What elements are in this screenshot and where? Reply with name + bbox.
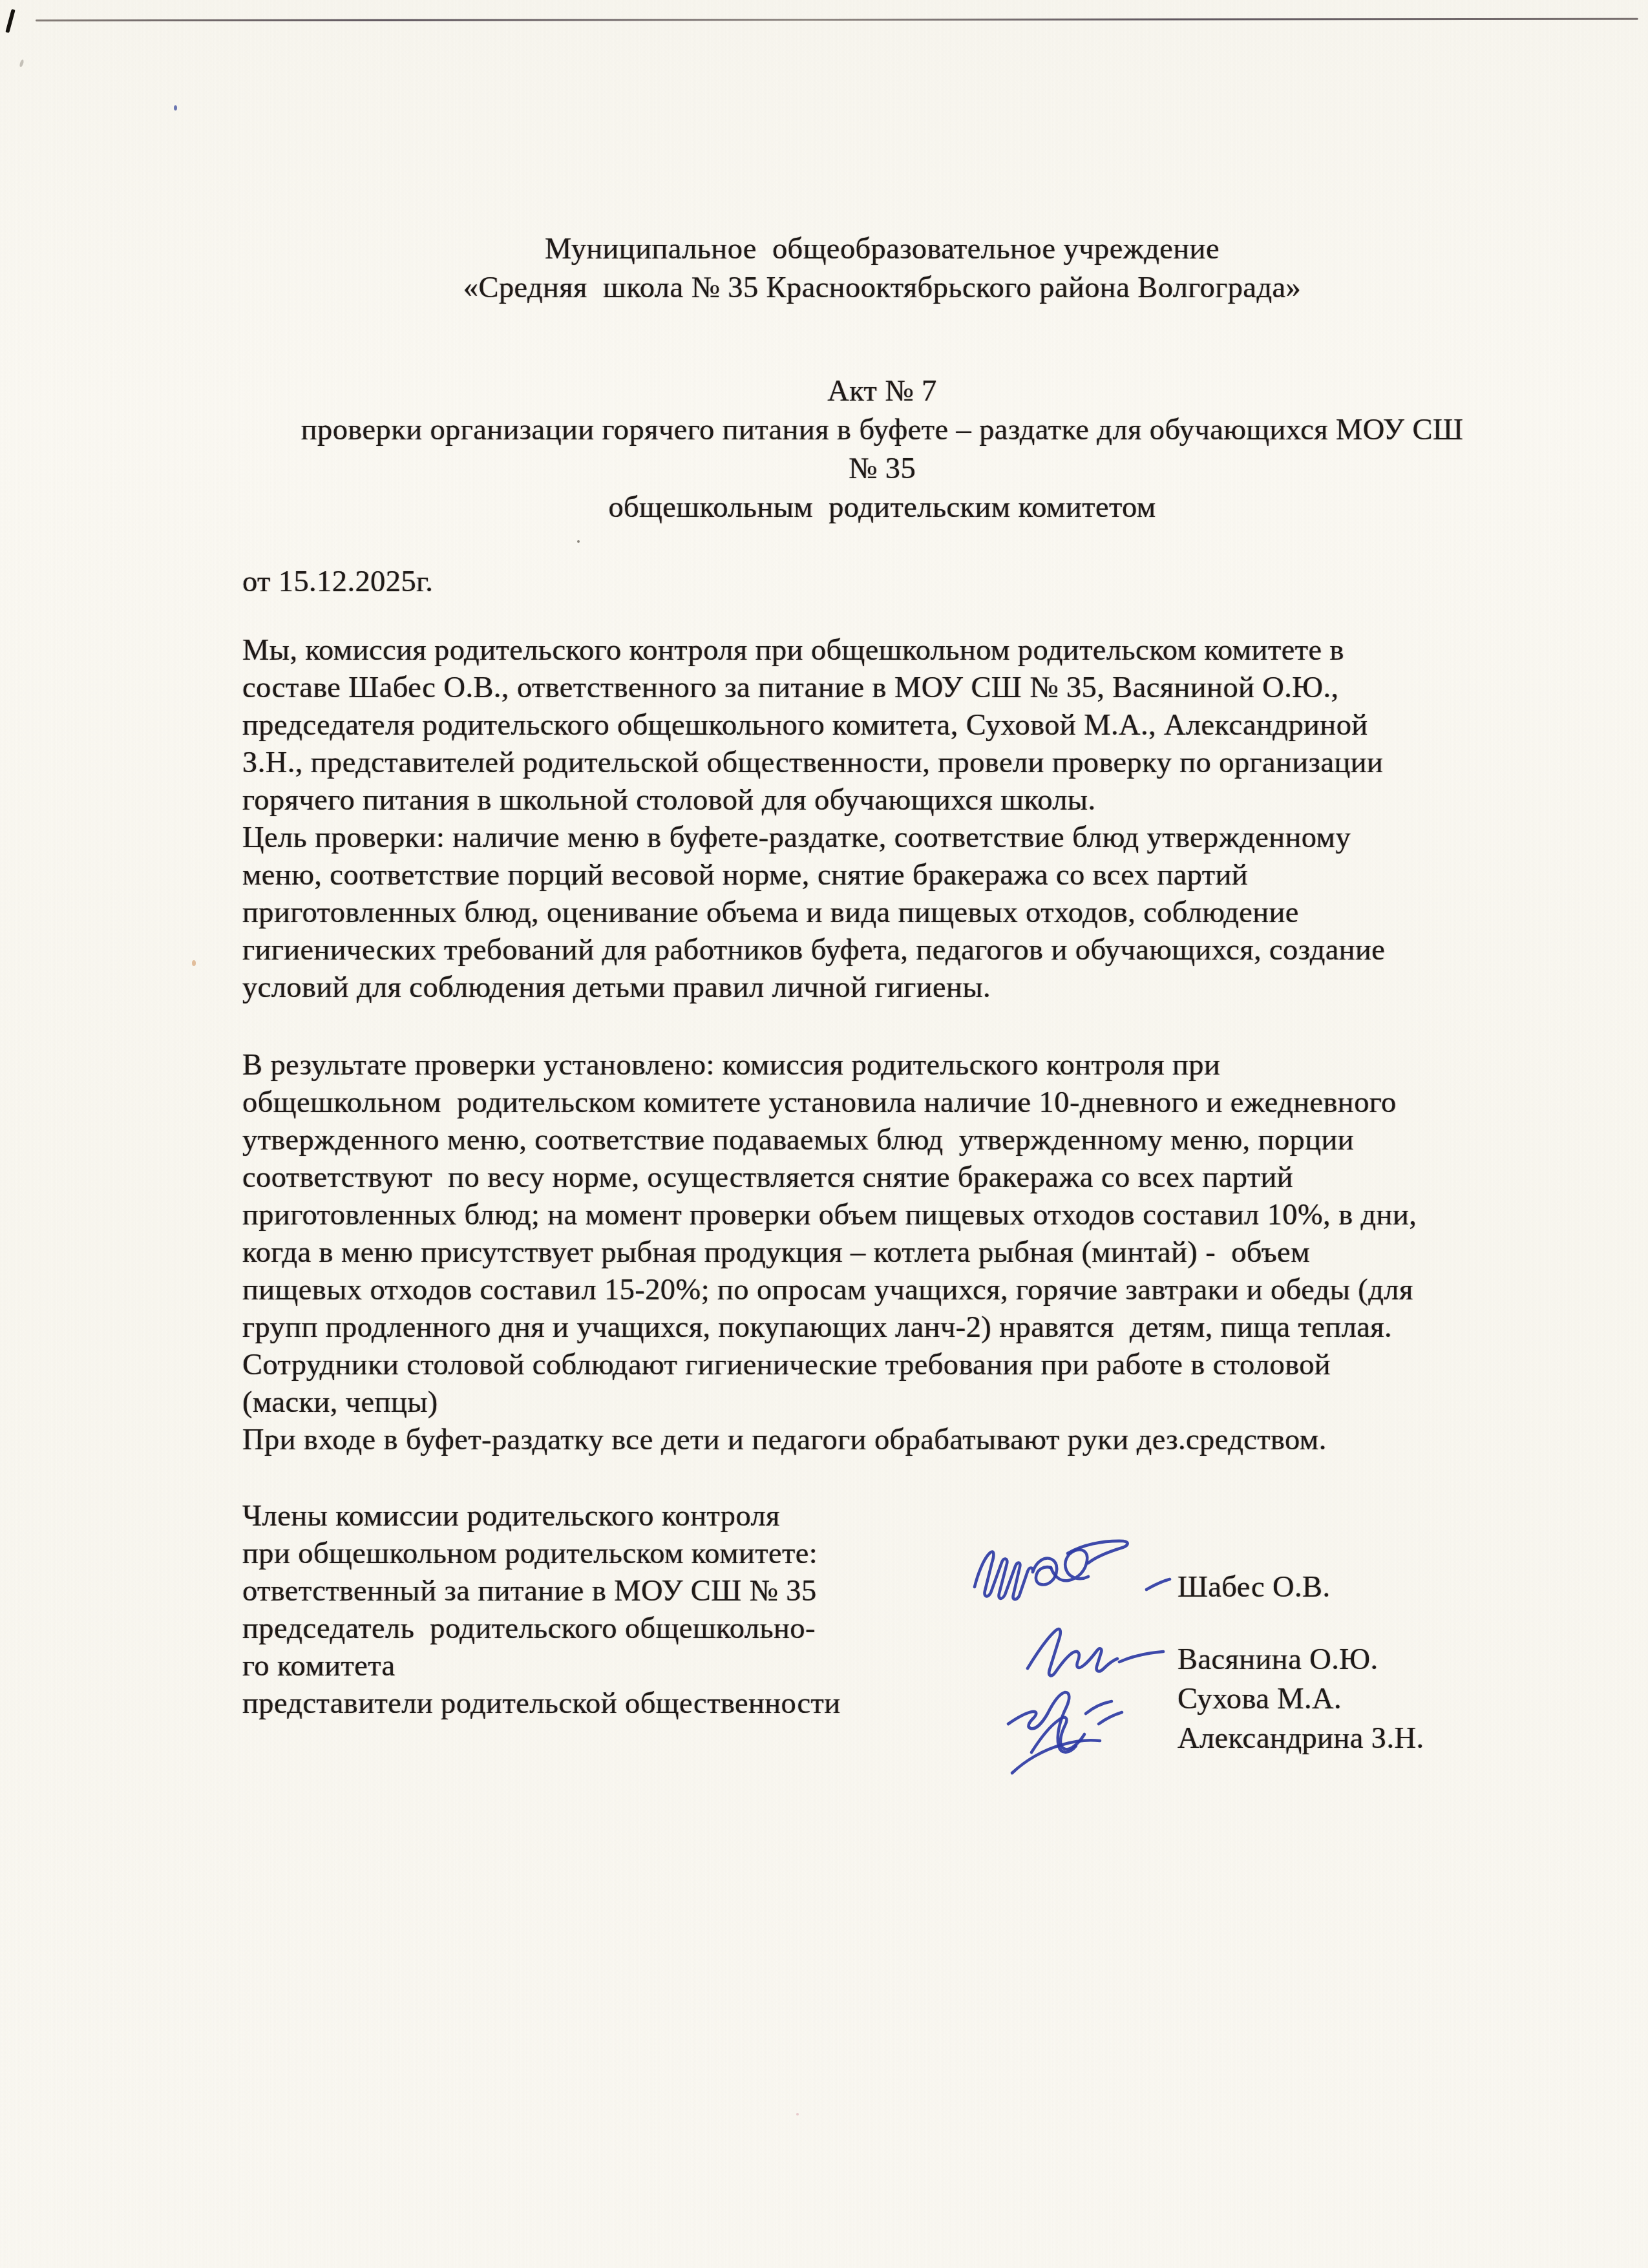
text-line: пищевых отходов составил 15-20%; по опро… [242, 1272, 1483, 1309]
signature-ink-vasyanina [1021, 1624, 1170, 1686]
text-line: общешкольном родительском комитете устан… [242, 1084, 1483, 1122]
text-line: № 35 [246, 450, 1519, 488]
signature-ink-sukhova-aleksandrina [1003, 1688, 1142, 1785]
text-line: Мы, комиссия родительского контроля при … [242, 632, 1483, 669]
scan-speck [174, 105, 177, 110]
text-line: Цель проверки: наличие меню в буфете-раз… [242, 819, 1483, 857]
signature-dash [1144, 1577, 1172, 1592]
text-line: го комитета [242, 1648, 1147, 1685]
text-line: меню, соответствие порций весовой норме,… [242, 857, 1483, 894]
scanned-document-page: Муниципальное общеобразовательное учрежд… [0, 0, 1648, 2268]
scan-speck [19, 59, 24, 68]
text-line: В результате проверки установлено: комис… [242, 1047, 1483, 1084]
text-line: Сотрудники столовой соблюдают гигиеничес… [242, 1347, 1483, 1384]
text-line: приготовленных блюд, оценивание объема и… [242, 894, 1483, 932]
text-line: Муниципальное общеобразовательное учрежд… [246, 230, 1519, 269]
scan-speck [577, 540, 580, 543]
signatory-name-shabes: Шабес О.В. [1178, 1569, 1331, 1606]
text-line: гигиенических требований для работников … [242, 932, 1483, 969]
body-paragraph-commission-and-purpose: Мы, комиссия родительского контроля при … [242, 632, 1483, 1007]
text-line: При входе в буфет-раздатку все дети и пе… [242, 1422, 1483, 1459]
signatory-name-vasyanina: Васянина О.Ю. [1178, 1641, 1378, 1679]
scan-speck [796, 2113, 799, 2116]
text-line: Члены комиссии родительского контроля [242, 1498, 1147, 1535]
text-line: условий для соблюдения детьми правил лич… [242, 969, 1483, 1007]
act-title: Акт № 7проверки организации горячего пит… [246, 372, 1519, 527]
scan-speck [192, 960, 196, 966]
text-line: составе Шабес О.В., ответственного за пи… [242, 669, 1483, 707]
text-line: утвержденного меню, соответствие подавае… [242, 1122, 1483, 1159]
scan-artifact-corner-tick [5, 9, 16, 33]
org-header: Муниципальное общеобразовательное учрежд… [246, 230, 1519, 308]
text-line: проверки организации горячего питания в … [246, 411, 1519, 450]
signatory-name-aleksandrina: Александрина З.Н. [1178, 1720, 1424, 1758]
signatory-name-sukhova: Сухова М.А. [1178, 1681, 1342, 1718]
text-line: горячего питания в школьной столовой для… [242, 782, 1483, 819]
text-line: Акт № 7 [246, 372, 1519, 411]
text-line: общешкольным родительским комитетом [246, 488, 1519, 527]
text-line: председателя родительского общешкольного… [242, 707, 1483, 744]
date-line: от 15.12.2025г. [242, 563, 433, 601]
signature-ink-shabes [969, 1539, 1144, 1623]
body-paragraph-results: В результате проверки установлено: комис… [242, 1047, 1483, 1459]
text-line: приготовленных блюд; на момент проверки … [242, 1197, 1483, 1234]
text-line: (маски, чепцы) [242, 1384, 1483, 1422]
text-line: когда в меню присутствует рыбная продукц… [242, 1234, 1483, 1272]
text-line: соответствуют по весу норме, осуществляе… [242, 1159, 1483, 1197]
text-line: групп продленного дня и учащихся, покупа… [242, 1309, 1483, 1347]
text-line: «Средняя школа № 35 Краснооктябрьского р… [246, 269, 1519, 308]
scan-artifact-top-line [36, 18, 1638, 22]
text-line: З.Н., представителей родительской общест… [242, 744, 1483, 782]
